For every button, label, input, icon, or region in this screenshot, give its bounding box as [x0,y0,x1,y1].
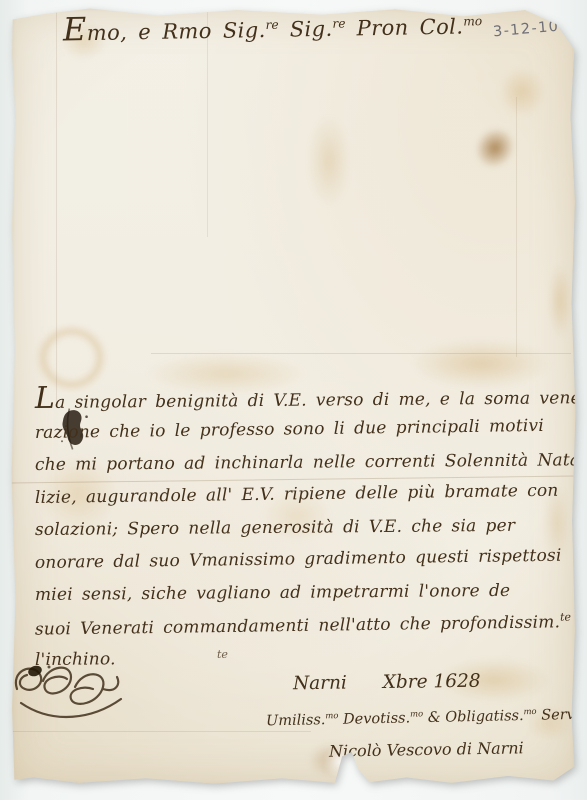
salutation-text: Pron Col. [345,15,463,41]
signature-text: Devotiss. [338,710,410,727]
body-line: razione che io le professo sono li due p… [35,415,565,455]
body-line-text: suoi Venerati commandamenti nell'atto ch… [35,612,560,639]
superscript-abbrev: mo [325,710,338,720]
signature-text: & Obligatiss. [423,708,524,726]
body-line: suoi Venerati commandamenti nell'atto ch… [35,610,565,650]
crease-line [56,7,57,407]
date-text: Xbre 1628 [383,671,481,693]
stain [489,56,555,128]
superscript-abbrev: re [265,18,278,32]
place-name: Narni [293,673,347,695]
scan-background: 3-12-104 Emo, e Rmo Sig.re Sig.re Pron C… [0,0,587,800]
superscript-abbrev: te [560,610,571,623]
stain [457,109,534,187]
superscript-abbrev: mo [523,706,536,716]
stain [299,96,359,226]
signature-name: Nicolò Vescovo di Narni [329,738,524,760]
salutation-text: Emo, e Rmo Sig. [63,18,266,46]
signature-text: Umiliss. [266,712,326,729]
crease-line [516,97,517,357]
superscript-abbrev: mo [463,14,482,28]
salutation-line: Emo, e Rmo Sig.re Sig.re Pron Col.mo [63,14,463,46]
catalog-number: 3-12-104 [492,18,570,41]
superscript-abbrev: mo [410,708,423,718]
body-line: lizie, augurandole all' E.V. ripiene del… [35,480,565,520]
paraph-flourish [13,659,128,731]
signature-text: Servitore [537,706,587,724]
stain [544,251,576,351]
crease-line [11,731,311,732]
salutation-text: Sig. [278,17,332,42]
body-line: onorare dal suo Vmanissimo gradimento qu… [35,545,565,585]
superscript-abbrev: re [332,17,345,31]
letter-page: 3-12-104 Emo, e Rmo Sig.re Sig.re Pron C… [11,7,576,786]
dateline: Narni Xbre 1628 [293,671,481,695]
crease-line [151,353,571,354]
letter-page-wrap: 3-12-104 Emo, e Rmo Sig.re Sig.re Pron C… [0,0,587,800]
letter-body: La singolar benignità di V.E. verso di m… [35,390,565,683]
interlinear-mark: te [217,648,228,661]
signature-line: Umiliss.mo Devotiss.mo & Obligatiss.mo S… [266,704,587,729]
